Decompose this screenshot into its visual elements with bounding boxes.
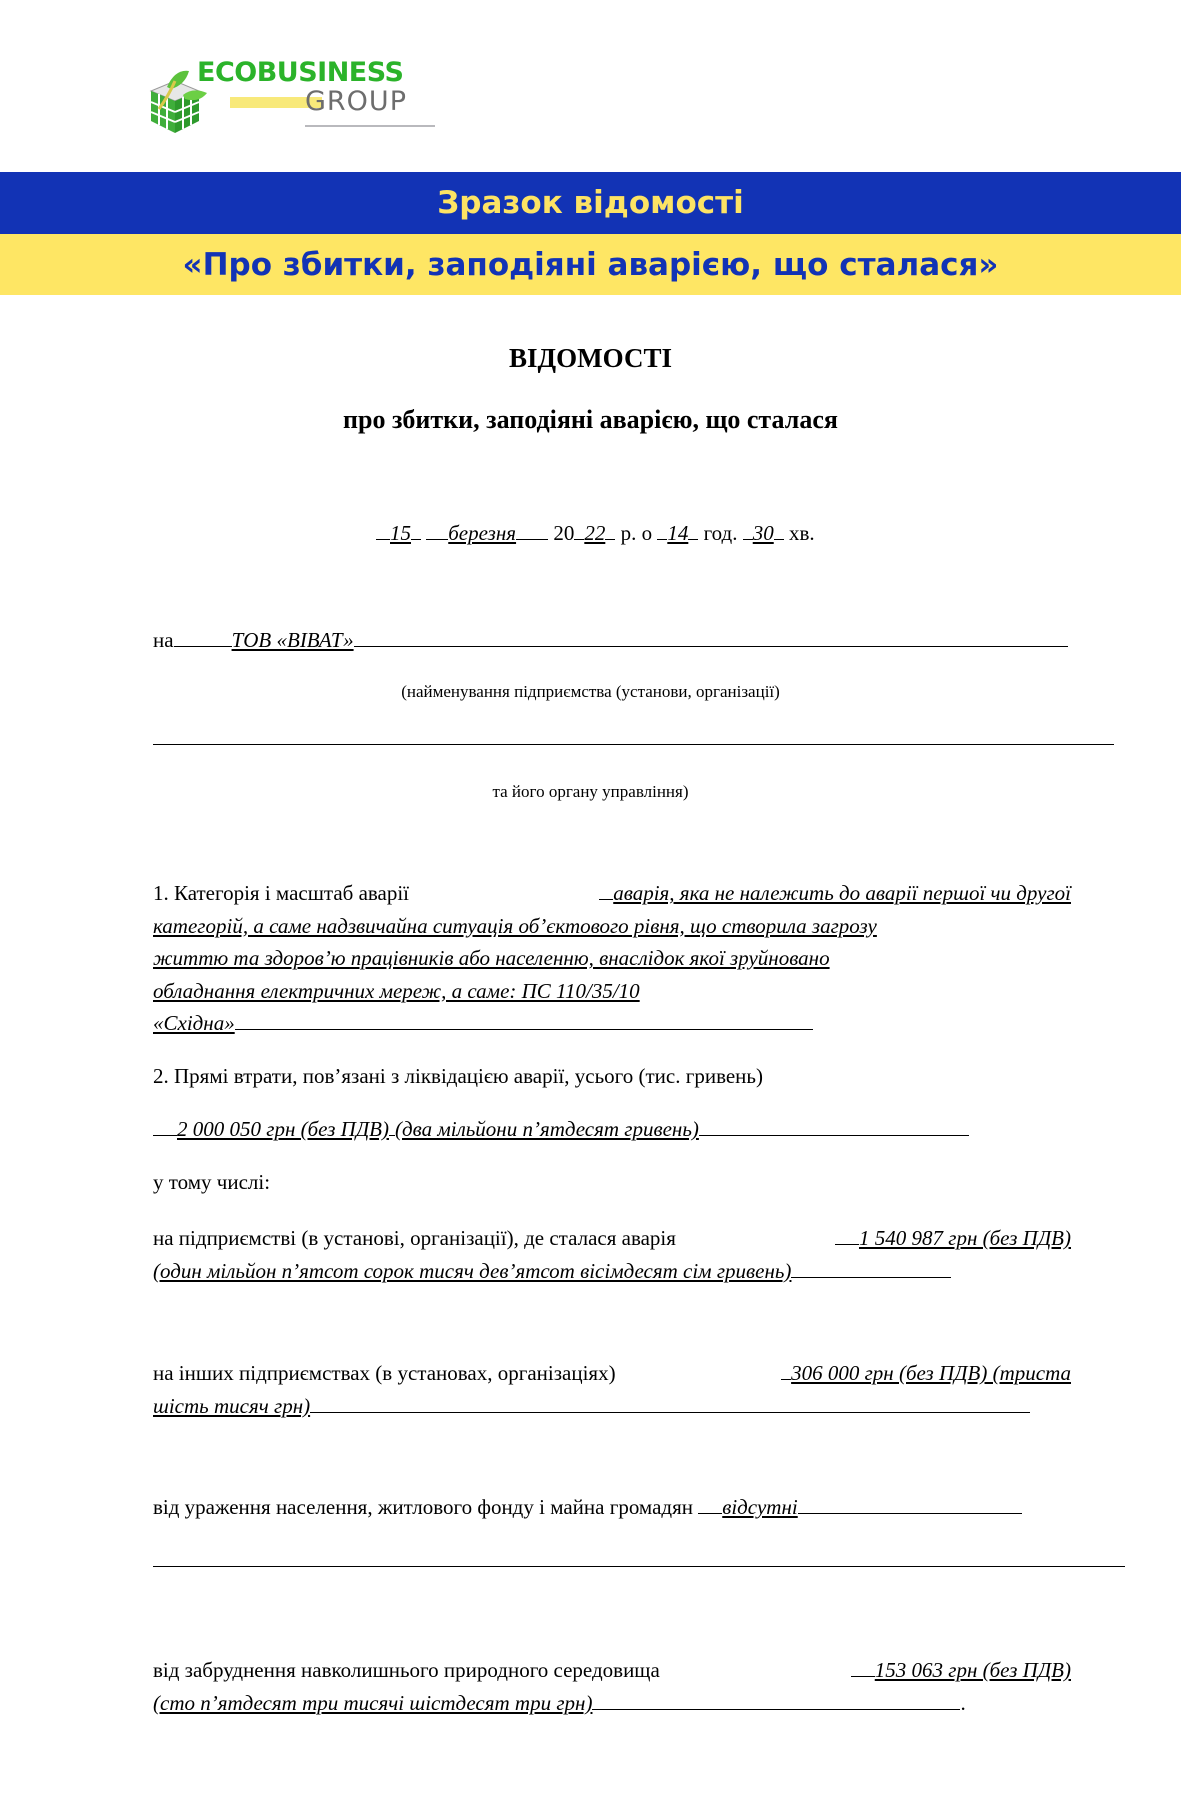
item2-total: 2 000 050 грн (без ПДВ)(два мільйони п’я… [153, 1117, 969, 1142]
date-minute: 30 [753, 521, 774, 545]
year-label: р. о [621, 521, 653, 545]
date-day: 15 [390, 521, 411, 545]
item1-line-1: аварія, яка не належить до аварії першої… [613, 881, 1071, 905]
minute-label: хв. [789, 521, 815, 545]
org-blank-line [153, 726, 1114, 751]
item1-line-3: життю та здоров’ю працівників або населе… [153, 942, 1071, 975]
item1-line-4: обладнання електричних мереж, а саме: ПС… [153, 975, 1071, 1008]
date-year: 22 [584, 521, 605, 545]
banner-title: Зразок відомості [437, 185, 743, 221]
item1-line-5: «Східна» [153, 1011, 235, 1035]
including-label: у тому числі: [153, 1170, 270, 1195]
breakdown-enterprise: на підприємстві (в установі, організації… [153, 1222, 1071, 1287]
breakdown-3-amount: відсутні [722, 1495, 798, 1519]
date-line: 15 березня 2022 р. о 14 год. 30 хв. [376, 521, 815, 546]
breakdown-2-label: на інших підприємствах (в установах, орг… [153, 1357, 616, 1390]
company-logo: ECOBUSINESS GROUP [145, 55, 445, 145]
document-subtitle: про збитки, заподіяні аварією, що сталас… [0, 405, 1181, 435]
date-hour: 14 [667, 521, 688, 545]
document-title: ВІДОМОСТІ [0, 343, 1181, 374]
logo-brand: ECOBUSINESS [197, 57, 403, 88]
logo-group: GROUP [305, 86, 407, 117]
breakdown-2-words: шість тисяч грн) [153, 1394, 310, 1418]
item2-total-words: (два мільйони п’ятдесят гривень) [395, 1117, 699, 1141]
org-caption-1: (найменування підприємства (установи, ор… [0, 682, 1181, 702]
item2-total-amount: 2 000 050 грн (без ПДВ) [177, 1117, 389, 1141]
org-caption-2: та його органу управління) [0, 782, 1181, 802]
breakdown-1-label: на підприємстві (в установі, організації… [153, 1222, 676, 1255]
logo-underline [305, 125, 435, 127]
breakdown-environment: від забруднення навколишнього природного… [153, 1654, 1071, 1719]
banner-yellow: «Про збитки, заподіяні аварією, що стала… [0, 234, 1181, 295]
item1-line-2: категорій, а саме надзвичайна ситуація о… [153, 910, 1071, 943]
banner-blue: Зразок відомості [0, 172, 1181, 234]
hour-label: год. [704, 521, 738, 545]
breakdown-1-words: (один мільйон п’ятсот сорок тисяч дев’ят… [153, 1259, 791, 1283]
breakdown-4-words: (сто п’ятдесят три тисячі шістдесят три … [153, 1691, 592, 1715]
breakdown-population: від ураження населення, житлового фонду … [153, 1495, 1022, 1520]
breakdown-other-enterprises: на інших підприємствах (в установах, орг… [153, 1357, 1071, 1422]
breakdown-3-blank-line [153, 1548, 1125, 1573]
org-line: наТОВ «ВІВАТ» [153, 628, 1068, 653]
breakdown-3-label: від ураження населення, житлового фонду … [153, 1495, 693, 1519]
item2-label: 2. Прямі втрати, пов’язані з ліквідацією… [153, 1064, 763, 1089]
breakdown-1-amount: 1 540 987 грн (без ПДВ) [859, 1226, 1071, 1250]
item1-category: 1. Категорія і масштаб аварії аварія, як… [153, 877, 1071, 1040]
breakdown-2-amount: 306 000 грн (без ПДВ) (триста [791, 1361, 1071, 1385]
year-prefix: 20 [553, 521, 574, 545]
org-name: ТОВ «ВІВАТ» [232, 628, 354, 652]
banner-subtitle: «Про збитки, заподіяні аварією, що стала… [183, 247, 999, 283]
item1-label: 1. Категорія і масштаб аварії [153, 877, 409, 910]
date-month: березня [448, 521, 516, 545]
org-prefix: на [153, 628, 174, 652]
breakdown-4-amount: 153 063 грн (без ПДВ) [875, 1658, 1071, 1682]
breakdown-4-label: від забруднення навколишнього природного… [153, 1654, 660, 1687]
